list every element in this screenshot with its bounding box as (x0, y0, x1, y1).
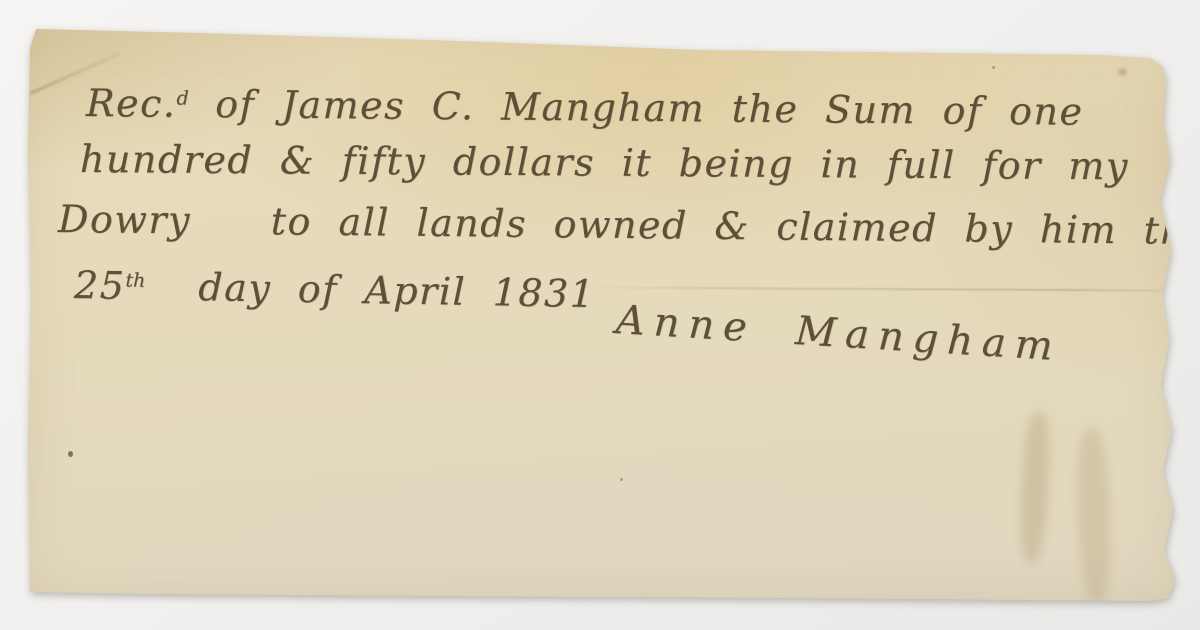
foxing-spot (1118, 68, 1127, 76)
date-text: day of April 1831 (145, 264, 596, 316)
ink-speck (620, 478, 623, 481)
fold-crease (580, 286, 1168, 291)
date-ordinal-superscript: th (125, 270, 145, 292)
line1-text: of James C. Mangham the Sum of one (188, 82, 1083, 134)
photo-background: Rec.d of James C. Mangham the Sum of one… (0, 0, 1200, 630)
ink-showthrough-stain (1075, 427, 1113, 603)
ink-speck (68, 451, 73, 457)
receipt-date-line: 25th day of April 1831 (74, 266, 596, 313)
receipt-paper: Rec.d of James C. Mangham the Sum of one… (0, 0, 1200, 630)
paper-surface: Rec.d of James C. Mangham the Sum of one… (20, 20, 1180, 605)
ink-showthrough-stain (1018, 411, 1052, 562)
receipt-line-1: Rec.d of James C. Mangham the Sum of one (86, 84, 1084, 131)
receipt-line-2: hundred & fifty dollars it being in full… (80, 140, 1129, 185)
receipt-line-3: Dowry to all lands owned & claimed by hi… (58, 200, 1200, 250)
ink-speck (992, 66, 995, 69)
date-day-number: 25 (74, 263, 126, 308)
received-superscript: d (176, 87, 188, 109)
signature: Anne Mangham (615, 300, 1063, 367)
received-abbreviation: Rec. (86, 81, 177, 126)
